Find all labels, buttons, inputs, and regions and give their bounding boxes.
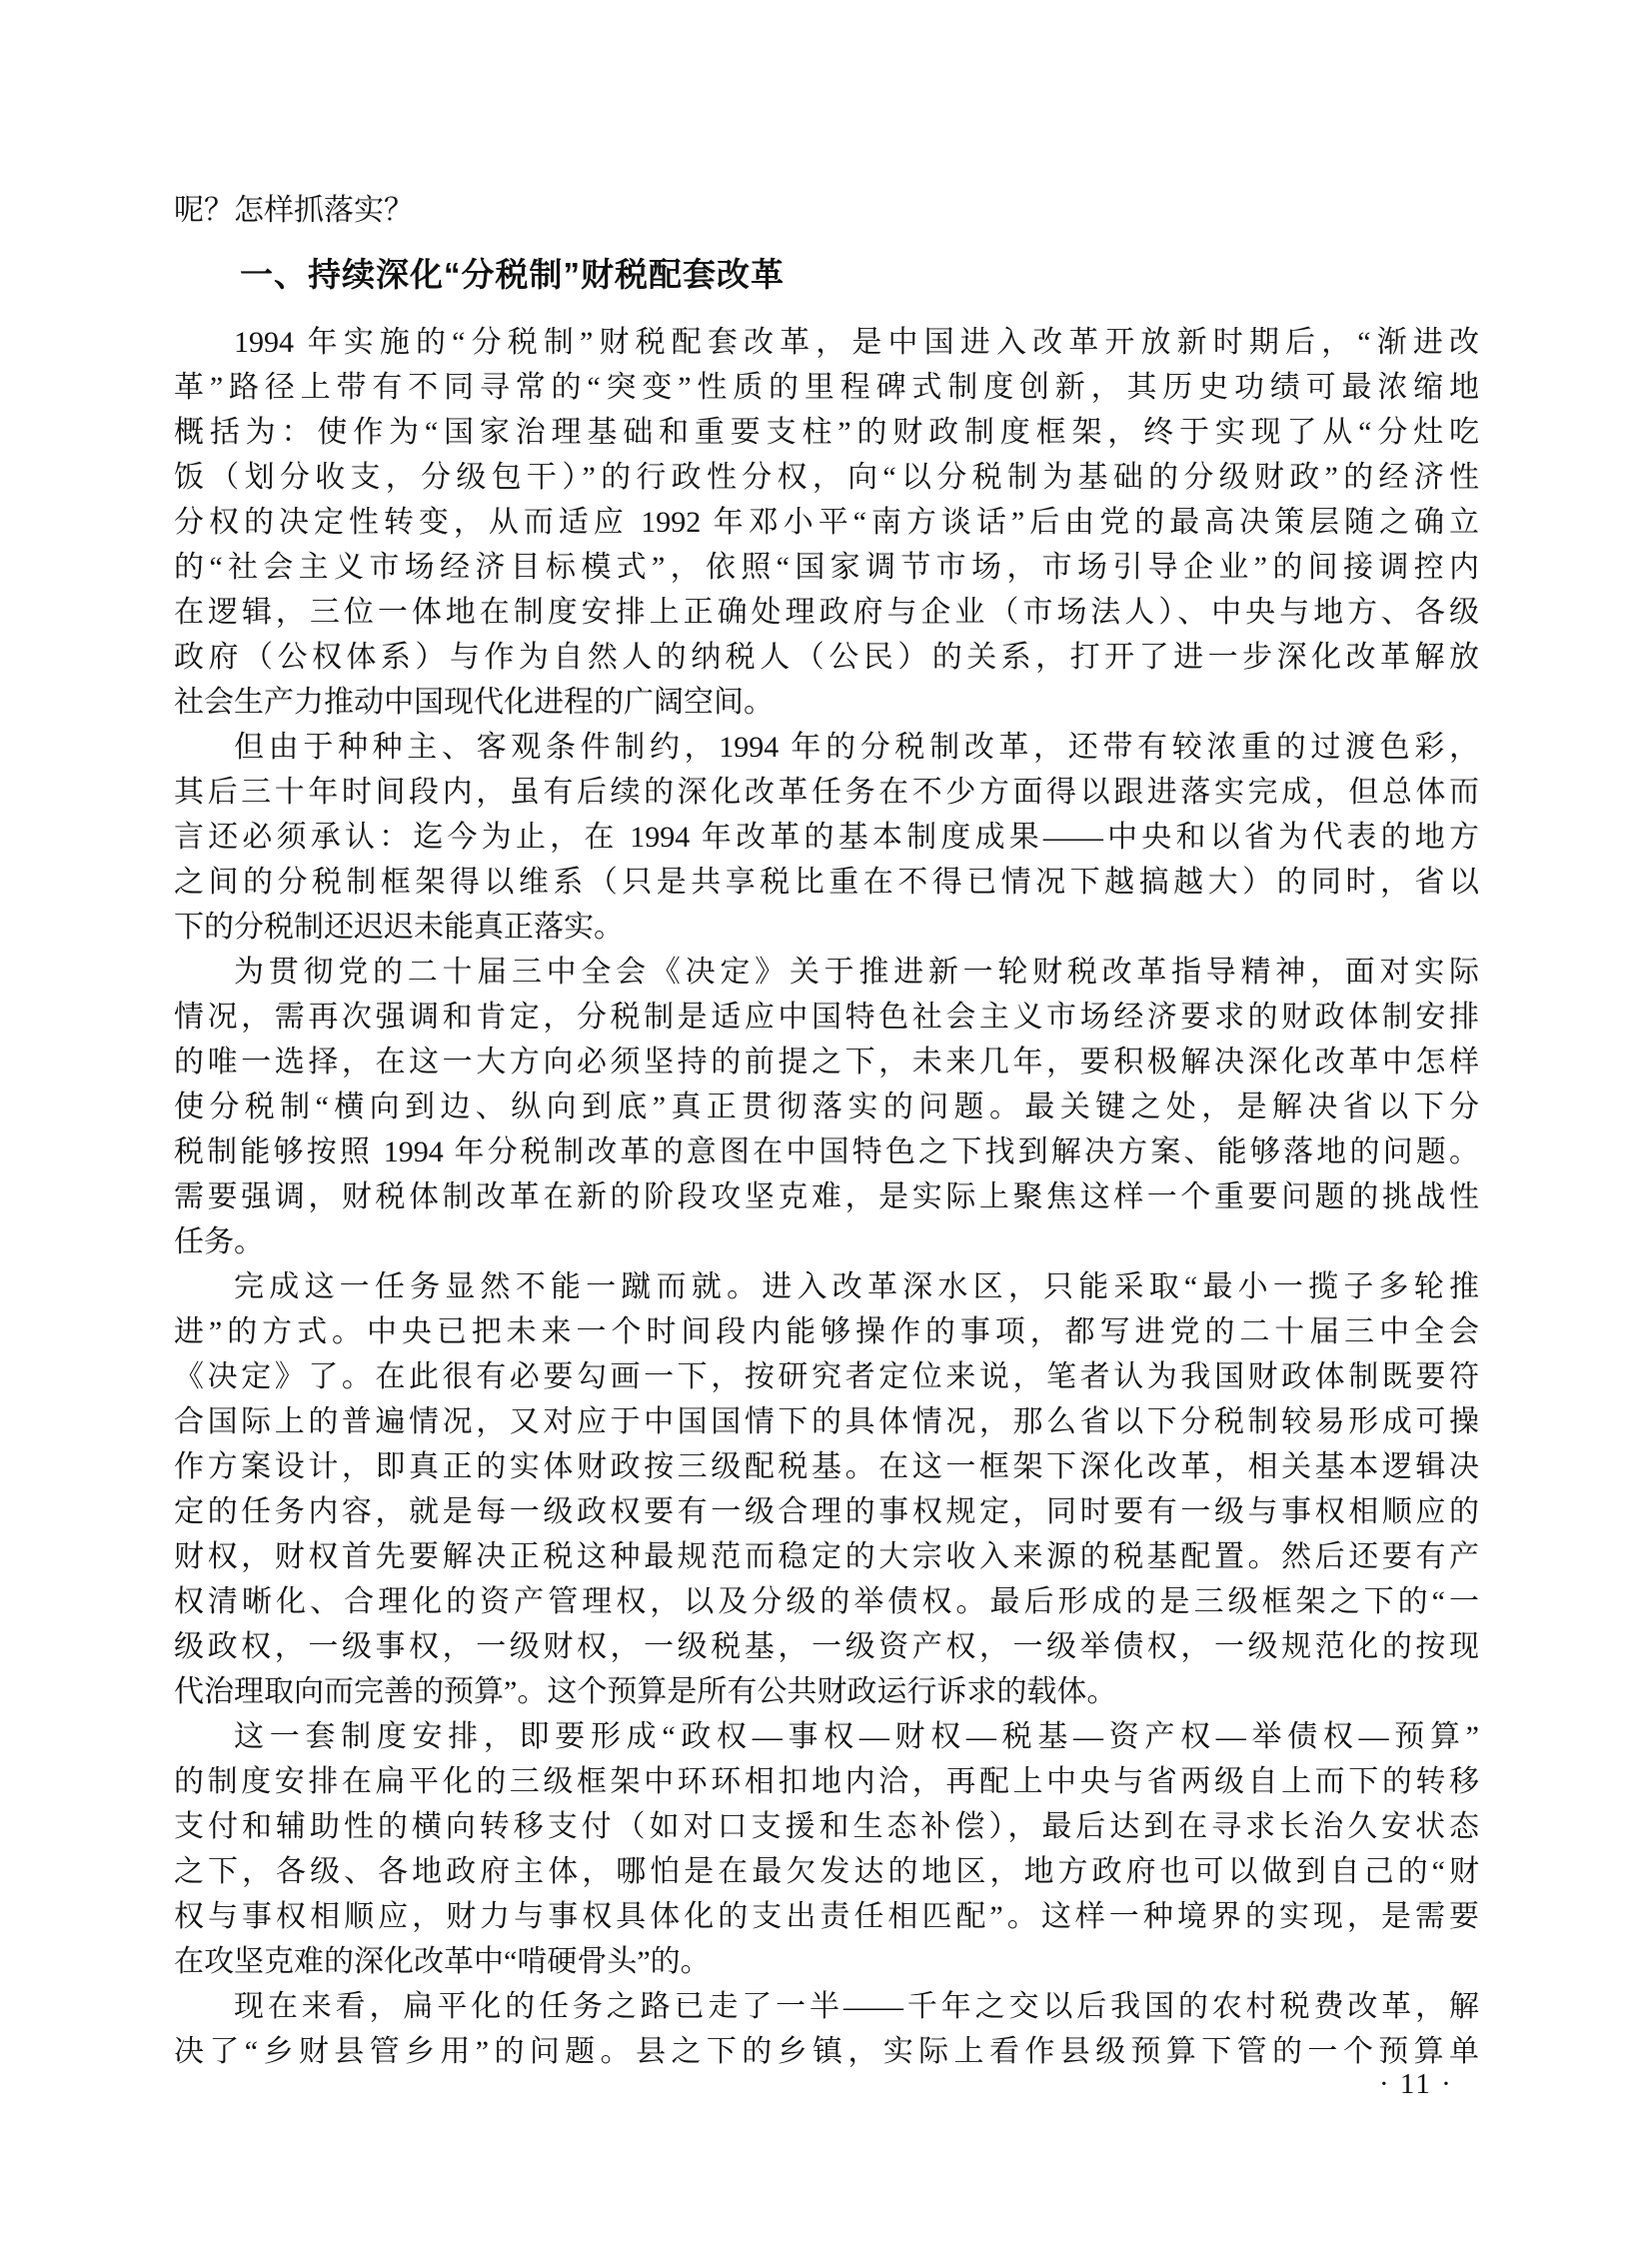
text-line: 言还必须承认：迄今为止，在 1994 年改革的基本制度成果——中央和以省为代表的… <box>174 815 1479 860</box>
text-line: 支付和辅助性的横向转移支付（如对口支援和生态补偿），最后达到在寻求长治久安状态 <box>174 1804 1479 1849</box>
text-line: 在逻辑，三位一体地在制度安排上正确处理政府与企业（市场法人）、中央与地方、各级 <box>174 590 1479 635</box>
text-line: 权与事权相顺应，财力与事权具体化的支出责任相匹配”。这样一种境界的实现，是需要 <box>174 1894 1479 1939</box>
text-line: 下的分税制还迟迟未能真正落实。 <box>174 905 1479 950</box>
text-line: 政府（公权体系）与作为自然人的纳税人（公民）的关系，打开了进一步深化改革解放 <box>174 635 1479 680</box>
text-line: 之间的分税制框架得以维系（只是共享税比重在不得已情况下越搞越大）的同时，省以 <box>174 860 1479 905</box>
text-line: 作方案设计，即真正的实体财政按三级配税基。在这一框架下深化改革，相关基本逻辑决 <box>174 1444 1479 1489</box>
text-line: 之下，各级、各地政府主体，哪怕是在最欠发达的地区，地方政府也可以做到自己的“财 <box>174 1849 1479 1894</box>
text-line: 的制度安排在扁平化的三级框架中环环相扣地内洽，再配上中央与省两级自上而下的转移 <box>174 1759 1479 1804</box>
text-line: 完成这一任务显然不能一蹴而就。进入改革深水区，只能采取“最小一揽子多轮推 <box>174 1264 1479 1309</box>
text-line: 在攻坚克难的深化改革中“啃硬骨头”的。 <box>174 1939 1479 1984</box>
continuation-line: 呢？怎样抓落实？ <box>174 188 1479 233</box>
page-number: · 11 · <box>1379 2062 1453 2107</box>
text-line: 分权的决定性转变，从而适应 1992 年邓小平“南方谈话”后由党的最高决策层随之… <box>174 500 1479 545</box>
text-line: 级政权，一级事权，一级财权，一级税基，一级资产权，一级举债权，一级规范化的按现 <box>174 1624 1479 1669</box>
text-line: 社会生产力推动中国现代化进程的广阔空间。 <box>174 680 1479 725</box>
text-line: 概括为：使作为“国家治理基础和重要支柱”的财政制度框架，终于实现了从“分灶吃 <box>174 410 1479 455</box>
text-line: 这一套制度安排，即要形成“政权—事权—财权—税基—资产权—举债权—预算” <box>174 1714 1479 1759</box>
text-line: 革”路径上带有不同寻常的“突变”性质的里程碑式制度创新，其历史功绩可最浓缩地 <box>174 365 1479 410</box>
text-line: 合国际上的普遍情况，又对应于中国国情下的具体情况，那么省以下分税制较易形成可操 <box>174 1399 1479 1444</box>
text-line: 需要强调，财税体制改革在新的阶段攻坚克难，是实际上聚焦这样一个重要问题的挑战性 <box>174 1174 1479 1219</box>
text-line: 《决定》了。在此很有必要勾画一下，按研究者定位来说，笔者认为我国财政体制既要符 <box>174 1354 1479 1399</box>
text-line: 使分税制“横向到边、纵向到底”真正贯彻落实的问题。最关键之处，是解决省以下分 <box>174 1085 1479 1129</box>
text-line: 税制能够按照 1994 年分税制改革的意图在中国特色之下找到解决方案、能够落地的… <box>174 1129 1479 1174</box>
section-heading: 一、持续深化“分税制”财税配套改革 <box>174 252 1479 297</box>
text-line: 其后三十年时间段内，虽有后续的深化改革任务在不少方面得以跟进落实完成，但总体而 <box>174 770 1479 815</box>
document-page: 呢？怎样抓落实？一、持续深化“分税制”财税配套改革1994 年实施的“分税制”财… <box>0 0 1652 2243</box>
text-line: 的唯一选择，在这一大方向必须坚持的前提之下，未来几年，要积极解决深化改革中怎样 <box>174 1040 1479 1085</box>
text-line: 财权，财权首先要解决正税这种最规范而稳定的大宗收入来源的税基配置。然后还要有产 <box>174 1534 1479 1579</box>
text-line: 为贯彻党的二十届三中全会《决定》关于推进新一轮财税改革指导精神，面对实际 <box>174 950 1479 995</box>
text-line: 权清晰化、合理化的资产管理权，以及分级的举债权。最后形成的是三级框架之下的“一 <box>174 1579 1479 1624</box>
text-line: 定的任务内容，就是每一级政权要有一级合理的事权规定，同时要有一级与事权相顺应的 <box>174 1489 1479 1534</box>
text-line: 进”的方式。中央已把未来一个时间段内能够操作的事项，都写进党的二十届三中全会 <box>174 1309 1479 1354</box>
text-line: 任务。 <box>174 1219 1479 1264</box>
text-line: 现在来看，扁平化的任务之路已走了一半——千年之交以后我国的农村税费改革，解 <box>174 1984 1479 2029</box>
text-line: 决了“乡财县管乡用”的问题。县之下的乡镇，实际上看作县级预算下管的一个预算单 <box>174 2029 1479 2074</box>
text-line: 1994 年实施的“分税制”财税配套改革，是中国进入改革开放新时期后，“渐进改 <box>174 320 1479 365</box>
text-block: 呢？怎样抓落实？一、持续深化“分税制”财税配套改革1994 年实施的“分税制”财… <box>174 188 1479 2074</box>
text-line: 但由于种种主、客观条件制约，1994 年的分税制改革，还带有较浓重的过渡色彩， <box>174 725 1479 770</box>
text-line: 饭（划分收支，分级包干）”的行政性分权，向“以分税制为基础的分级财政”的经济性 <box>174 455 1479 500</box>
text-line: 情况，需再次强调和肯定，分税制是适应中国特色社会主义市场经济要求的财政体制安排 <box>174 995 1479 1040</box>
text-line: 的“社会主义市场经济目标模式”，依照“国家调节市场，市场引导企业”的间接调控内 <box>174 545 1479 590</box>
text-line: 代治理取向而完善的预算”。这个预算是所有公共财政运行诉求的载体。 <box>174 1669 1479 1714</box>
